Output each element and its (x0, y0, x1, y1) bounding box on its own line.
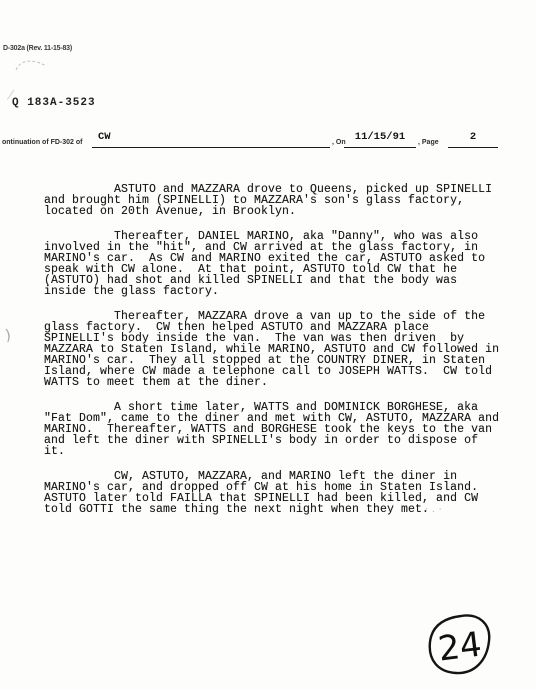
continuation-label: ontinuation of FD-302 of (2, 139, 83, 146)
page-number-field: 2 (448, 131, 498, 148)
margin-stray-mark: ) (4, 326, 12, 345)
paragraph-1: ASTUTO and MAZZARA drove to Queens, pick… (44, 184, 526, 217)
date-field: 11/15/91 (344, 131, 416, 148)
handwritten-page-number: 24 (423, 611, 497, 681)
scan-artifact-dots: ·.· (425, 505, 446, 515)
paragraph-5: CW, ASTUTO, MAZZARA, and MARINO left the… (44, 471, 526, 515)
paragraph-3: Thereafter, MAZZARA drove a van up to th… (44, 311, 526, 388)
document-page: D-302a (Rev. 11-15-83) Q 183A-3523 ontin… (0, 0, 536, 690)
paragraph-2: Thereafter, DANIEL MARINO, aka "Danny", … (44, 231, 526, 297)
scan-artifact-arc (14, 56, 48, 72)
form-revision-label: D-302a (Rev. 11-15-83) (3, 45, 72, 52)
subject-field: CW (92, 131, 330, 148)
page-label: , Page (418, 139, 439, 146)
continuation-header: ontinuation of FD-302 of CW , On 11/15/9… (0, 131, 536, 153)
svg-text:24: 24 (436, 625, 484, 670)
report-body: ASTUTO and MAZZARA drove to Queens, pick… (44, 184, 526, 529)
paragraph-4: A short time later, WATTS and DOMINICK B… (44, 402, 526, 457)
file-number: Q 183A-3523 (12, 97, 96, 109)
